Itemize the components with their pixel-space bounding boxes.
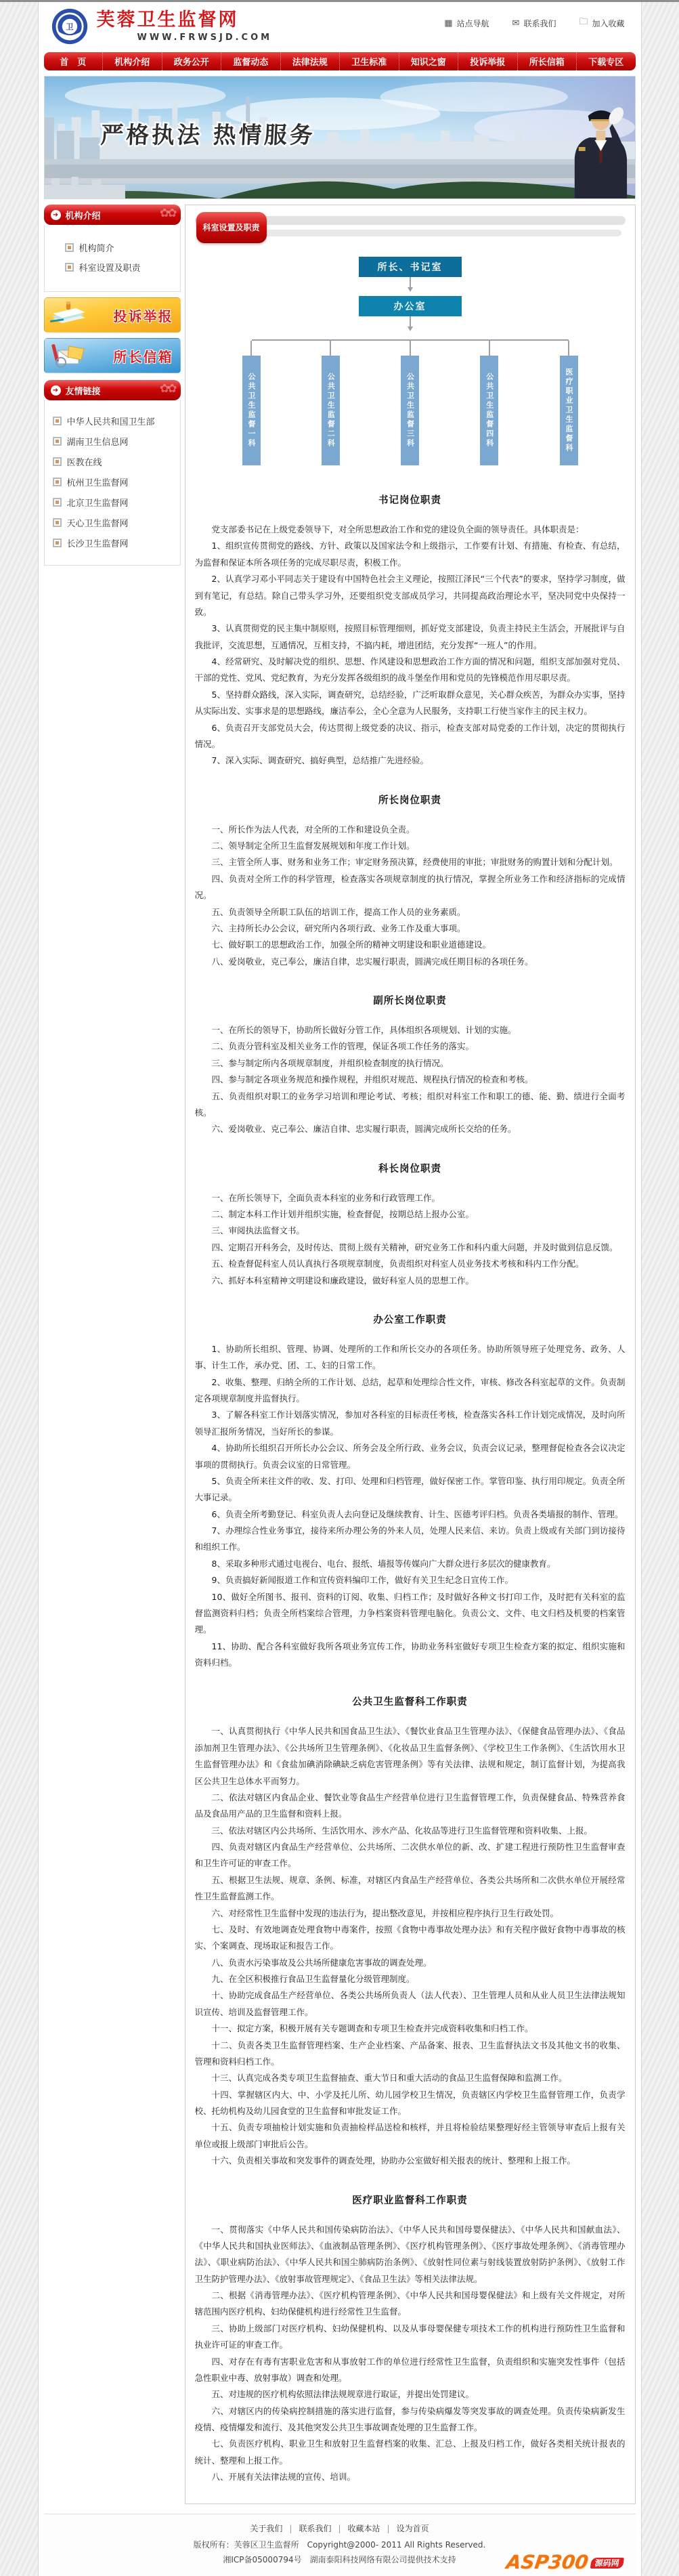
favorite-icon: 🗀 [579, 16, 588, 30]
section-paragraph: 6、负责全所考勤登记、科室负责人去向登记及继续教育、计生、医德考评归档。负责各类… [195, 1506, 626, 1523]
section-paragraph: 6、负责召开支部党员大会，传达贯彻上级党委的决议、指示，检查支部对局党委的工作计… [195, 720, 626, 753]
section-paragraph: 2、收集、整理、归纳全所的工作计划、总结，起草和处理综合性文件，审核、修改各科室… [195, 1374, 626, 1408]
org-connector [489, 341, 490, 356]
section-paragraph: 3、认真贯彻党的民主集中制原则，按照目标管理细则，抓好党支部建设，负责主持民主生… [195, 620, 626, 654]
main-nav: 首 页机构介绍政务公开监督动态法律法规卫生标准知识之窗投诉举报所长信箱下载专区 [44, 52, 636, 70]
nav-item[interactable]: 投诉举报 [458, 52, 517, 70]
site-map-link[interactable]: ▦ 站点导航 [444, 16, 489, 30]
nav-item[interactable]: 法律法规 [280, 52, 340, 70]
duty-section: 副所长岗位职责一、在所长的领导下，协助所长做好分管工作，具体组织各项规划、计划的… [195, 993, 626, 1138]
section-paragraph: 十三、认真完成各类专项卫生监督抽查、重大节日和重大活动的食品卫生监督保障和监测工… [195, 2070, 626, 2086]
org-connector [410, 316, 411, 330]
section-paragraph: 四、负责对辖区内食品生产经营单位、公共场所、二次供水单位的新、改、扩建工程进行预… [195, 1839, 626, 1872]
friend-link[interactable]: 北京卫生监督网 [53, 496, 175, 509]
org-dept-box: 医疗职业卫生监督科 [560, 356, 578, 465]
sidebar-menu-item[interactable]: 科室设置及职责 [65, 261, 175, 274]
asp300-sub-text: 源码网 [590, 2558, 623, 2569]
org-connector [410, 277, 411, 291]
nav-item[interactable]: 监督动态 [221, 52, 280, 70]
section-paragraph: 六、抓好本科室精神文明建设和廉政建设，做好科室人员的思想工作。 [195, 1273, 626, 1289]
section-paragraph: 11、协助、配合各科室做好我所各项业务宣传工作，协助业务科室做好专项卫生检查方案… [195, 1639, 626, 1672]
org-root-box: 所长、书记室 [359, 257, 462, 277]
flower-decoration-icon: ✿✿ [160, 382, 175, 396]
footer-link[interactable]: 设为首页 [380, 2524, 429, 2533]
friend-link-label: 湖南卫生信息网 [67, 435, 129, 448]
section-paragraph: 五、根据卫生法规、规章、条例、标准，对辖区内食品生产经营单位、各类公共场所和二次… [195, 1872, 626, 1905]
org-connector [330, 341, 331, 356]
friend-link-label: 杭州卫生监督网 [67, 476, 129, 488]
site-url: WWW.FRWSJD.COM [97, 33, 273, 43]
section-paragraph: 十六、负责相关事故和突发事件的调查处理，协助办公室做好相关报表的统计、整理和上报… [195, 2153, 626, 2169]
bullet-square-icon [53, 417, 62, 425]
section-paragraph: 五、检查督促科室人员认真执行各项规章制度，负责组织对科室人员业务技术考核和科内工… [195, 1256, 626, 1272]
sections: 书记岗位职责党支部委书记在上级党委领导下，对全所思想政治工作和党的建设负全面的领… [195, 492, 626, 2486]
section-paragraph: 七、做好职工的思想政治工作，加强全所的精神文明建设和职业道德建设。 [195, 937, 626, 953]
bullet-square-icon [53, 457, 62, 466]
section-paragraph: 三、参与制定所内各项规章制度，并组织检查制度的执行情况。 [195, 1055, 626, 1072]
site-logo-emblem: 卫 [51, 7, 89, 45]
section-paragraph: 一、在所长领导下，全面负责本科室的业务和行政管理工作。 [195, 1190, 626, 1206]
org-office-box: 办公室 [359, 296, 462, 316]
site-title: 芙蓉卫生监督网 [97, 10, 273, 30]
section-paragraph: 5、坚持群众路线，深入实际，调查研究，总结经验，广泛听取群众意见，关心群众疾苦，… [195, 687, 626, 720]
section-paragraph: 一、贯彻落实《中华人民共和国传染病防治法》、《中华人民共和国母婴保健法》、《中华… [195, 2222, 626, 2288]
quick-links: ▦ 站点导航 ✉ 联系我们 🗀 加入收藏 [444, 16, 624, 30]
sidebar-menu-item[interactable]: 机构简介 [65, 241, 175, 254]
quick-link-label: 加入收藏 [592, 18, 624, 29]
asp300-logo-text: ASP300 [504, 2551, 589, 2573]
brand-text: 芙蓉卫生监督网 WWW.FRWSJD.COM [97, 10, 273, 43]
footer: 关于我们联系我们收藏本站设为首页 版权所有：芙蓉区卫生监督所 Copyright… [44, 2514, 636, 2576]
duty-section: 所长岗位职责一、所长作为法人代表，对全所的工作和建设负全责。二、领导制定全所卫生… [195, 793, 626, 970]
org-connector [250, 341, 252, 356]
arrow-circle-icon: ➜ [51, 385, 61, 396]
header: 卫 芙蓉卫生监督网 WWW.FRWSJD.COM ▦ 站点导航 ✉ 联系我们 🗀… [44, 2, 636, 52]
dept-row: 公共卫生监督一科公共卫生监督二科公共卫生监督三科公共卫生监督四科医疗职业卫生监督… [212, 341, 609, 465]
org-chart: 所长、书记室 办公室 公共卫生监督一科公共卫生监督二科公共卫生监督三科公共卫生监… [195, 247, 626, 469]
section-paragraph: 七、及时、有效地调查处理食物中毒案件，按照《食物中毒事故处理办法》和有关程序做好… [195, 1922, 626, 1955]
main-content: 科室设置及职责 所长、书记室 办公室 公共卫生监督一科公共卫生监督二科公共卫生监… [185, 205, 636, 2504]
section-paragraph: 十四、掌握辖区内大、中、小学及托儿所、幼儿园学校卫生情况，负责辖区内学校卫生监督… [195, 2087, 626, 2120]
section-title: 书记岗位职责 [195, 492, 626, 507]
nav-item[interactable]: 政务公开 [162, 52, 221, 70]
org-branch: 公共卫生监督二科 [291, 341, 370, 465]
friend-links: 中华人民共和国卫生部湖南卫生信息网医教在线杭州卫生监督网北京卫生监督网天心卫生监… [44, 400, 181, 566]
duty-section: 书记岗位职责党支部委书记在上级党委领导下，对全所思想政治工作和党的建设负全面的领… [195, 492, 626, 769]
section-paragraph: 三、主管全所人事、财务和业务工作；审定财务预决算，经费使用的审批；审批财务的购置… [195, 854, 626, 870]
duty-section: 公共卫生监督科工作职责一、认真贯彻执行《中华人民共和国食品卫生法》、《餐饮业食品… [195, 1694, 626, 2169]
nav-item[interactable]: 所长信箱 [517, 52, 577, 70]
content-header: 科室设置及职责 [195, 212, 626, 247]
complaint-report-button[interactable]: 投诉举报 [44, 297, 181, 333]
section-paragraph: 十五、负责专项抽检计划实施和负责抽检样品送检和核样，并且将检验结果整理好经主管领… [195, 2119, 626, 2153]
section-title: 医疗职业监督科工作职责 [195, 2193, 626, 2207]
section-paragraph: 一、认真贯彻执行《中华人民共和国食品卫生法》、《餐饮业食品卫生管理办法》、《保健… [195, 1723, 626, 1790]
org-connector [568, 341, 569, 356]
contact-us-link[interactable]: ✉ 联系我们 [512, 16, 556, 30]
page-container: 卫 芙蓉卫生监督网 WWW.FRWSJD.COM ▦ 站点导航 ✉ 联系我们 🗀… [38, 2, 642, 2576]
section-paragraph: 党支部委书记在上级党委领导下，对全所思想政治工作和党的建设负全面的领导责任。具体… [195, 522, 626, 538]
nav-item[interactable]: 下载专区 [576, 52, 636, 70]
section-paragraph: 二、制定本科工作计划并组织实施，检查督促，按期总结上报办公室。 [195, 1206, 626, 1223]
section-paragraph: 十二、负责各类卫生监督管理档案、生产企业档案、产品备案、报表、卫生监督执法文书及… [195, 2037, 626, 2071]
section-paragraph: 一、在所长的领导下，协助所长做好分管工作，具体组织各项规划、计划的实施。 [195, 1022, 626, 1038]
section-paragraph: 1、协助所长组织、管理、协调、处理所的工作和所长交办的各项任务。协助所领导班子处… [195, 1341, 626, 1374]
footer-link[interactable]: 联系我们 [282, 2524, 331, 2533]
complaint-button-label: 投诉举报 [114, 305, 173, 325]
friend-link[interactable]: 中华人民共和国卫生部 [53, 415, 175, 427]
section-paragraph: 八、负责水污染事故及公共场所健康危害事故的调查处理。 [195, 1955, 626, 1971]
section-paragraph: 7、深入实际、调查研究、搞好典型，总结推广先进经验。 [195, 753, 626, 769]
bullet-square-icon [53, 518, 62, 527]
section-paragraph: 二、负责分管科室及相关业务工作的管理，保证各项工作任务的落实。 [195, 1038, 626, 1055]
section-paragraph: 五、负责组织对职工的业务学习培训和理论考试、考核；组织对科室工作和职工的德、能、… [195, 1089, 626, 1122]
section-paragraph: 六、主持所长办公会议，研究所内各项行政、业务工作及重大事项。 [195, 921, 626, 937]
section-paragraph: 10、做好全所图书、报刊、资料的订阅、收集、归档工作；及时做好各种文书打印工作，… [195, 1589, 626, 1639]
section-title: 办公室工作职责 [195, 1312, 626, 1326]
section-paragraph: 1、组织宣传贯彻党的路线、方针、政策以及国家法令和上级指示，工作要有计划、有措施… [195, 538, 626, 571]
org-dept-box: 公共卫生监督四科 [480, 356, 498, 465]
bullet-square-icon [53, 478, 62, 486]
section-paragraph: 8、采取多种形式通过电视台、电台、报纸、墙报等传媒向广大群众进行多层次的健康教育… [195, 1556, 626, 1572]
section-paragraph: 二、依法对辖区内食品企业、餐饮业等食品生产经营单位进行卫生监督管理工作，负责保健… [195, 1790, 626, 1823]
footer-link[interactable]: 收藏本站 [331, 2524, 380, 2533]
section-paragraph: 十、协助完成食品生产经营单位、各类公共场所负责人（法人代表）、卫生管理人员和从业… [195, 1987, 626, 2021]
section-paragraph: 九、在全区积极推行食品卫生监督量化分级管理制度。 [195, 1971, 626, 1987]
nav-item[interactable]: 首 页 [44, 52, 103, 70]
org-branch: 公共卫生监督四科 [450, 341, 529, 465]
section-paragraph: 5、负责全所来往文件的收、发、打印、处理和归档管理，做好保密工作。掌管印鉴、执行… [195, 1473, 626, 1506]
asp300-watermark: ASP300源码网 [505, 2553, 625, 2572]
section-paragraph: 八、开展有关法律法规的宣传、培训。 [195, 2469, 626, 2485]
section-paragraph: 三、依法对辖区内公共场所、生活饮用水、涉水产品、化妆品等进行卫生监督管理和资料收… [195, 1823, 626, 1839]
friend-link[interactable]: 天心卫生监督网 [53, 516, 175, 529]
section-title: 副所长岗位职责 [195, 993, 626, 1007]
quick-link-label: 联系我们 [523, 18, 556, 29]
friend-link-label: 长沙卫生监督网 [67, 536, 129, 549]
bullet-square-icon [65, 243, 74, 252]
sitemap-icon: ▦ [444, 18, 452, 28]
org-dept-box: 公共卫生监督一科 [242, 356, 261, 465]
friend-link-label: 天心卫生监督网 [67, 516, 129, 529]
section-paragraph: 二、根据《消毒管理办法》、《医疗机构管理条例》、《中华人民共和国母婴保健法》和上… [195, 2287, 626, 2321]
section-paragraph: 4、协助所长组织召开所长办公会议、所务会及全所行政、业务会议，负责会议记录，整理… [195, 1440, 626, 1473]
footer-link[interactable]: 关于我们 [250, 2524, 282, 2533]
org-branch: 公共卫生监督三科 [370, 341, 450, 465]
org-connector [410, 341, 411, 356]
section-paragraph: 六、对经常性卫生监督中发现的违法行为，提出整改意见，并按相应程序执行卫生行政处罚… [195, 1905, 626, 1922]
friend-link[interactable]: 长沙卫生监督网 [53, 536, 175, 549]
banner-slogan: 严格执法 热情服务 [100, 122, 315, 148]
section-paragraph: 三、审阅执法监督文书。 [195, 1223, 626, 1239]
sidebar-section-title: 友情链接 [66, 384, 101, 397]
tab-dept-setup[interactable]: 科室设置及职责 [196, 212, 267, 243]
section-paragraph: 四、参与制定各项业务规范和操作规程，并组织对规范、规程执行情况的检查和考核。 [195, 1072, 626, 1088]
bullet-square-icon [53, 498, 62, 507]
quick-link-label: 站点导航 [457, 18, 489, 29]
friend-link[interactable]: 杭州卫生监督网 [53, 476, 175, 488]
section-paragraph: 四、负责对全所工作的科学管理，检查落实各项规章制度的执行情况，掌握全所业务工作和… [195, 871, 626, 904]
sidebar-menu-item-label: 机构简介 [79, 241, 114, 254]
flower-decoration-icon: ✿✿ [160, 207, 175, 220]
org-dept-box: 公共卫生监督二科 [322, 356, 340, 465]
friend-link-label: 中华人民共和国卫生部 [67, 415, 155, 427]
intro-menu: 机构简介科室设置及职责 [44, 225, 181, 292]
org-branch: 公共卫生监督一科 [212, 341, 291, 465]
svg-text:卫: 卫 [66, 23, 74, 32]
footer-links: 关于我们联系我们收藏本站设为首页 [44, 2522, 636, 2534]
mailbox-illustration-icon [49, 342, 91, 369]
section-paragraph: 一、所长作为法人代表，对全所的工作和建设负全责。 [195, 822, 626, 838]
friend-link[interactable]: 湖南卫生信息网 [53, 435, 175, 448]
section-paragraph: 六、对辖区内的传染病控制措施的落实进行监督，参与传染病爆发等突发事故的调查处理。… [195, 2403, 626, 2436]
friend-link-label: 医教在线 [67, 455, 102, 468]
duty-section: 办公室工作职责1、协助所长组织、管理、协调、处理所的工作和所长交办的各项任务。协… [195, 1312, 626, 1672]
section-title: 公共卫生监督科工作职责 [195, 1694, 626, 1708]
sidebar-section-intro-header: ➜ 机构介绍 ✿✿ [44, 205, 181, 225]
section-paragraph: 八、爱岗敬业，克己奉公，廉洁自律，忠实履行职责，圆满完成任期目标的各项任务。 [195, 954, 626, 970]
sidebar-menu-item-label: 科室设置及职责 [79, 261, 141, 274]
duty-section: 医疗职业监督科工作职责一、贯彻落实《中华人民共和国传染病防治法》、《中华人民共和… [195, 2193, 626, 2486]
section-paragraph: 四、定期召开科务会，及时传达、贯彻上级有关精神，研究业务工作和科内重大问题，并及… [195, 1240, 626, 1256]
section-paragraph: 2、认真学习邓小平同志关于建设有中国特色社会主义理论，按照江泽民“三个代表”的要… [195, 571, 626, 620]
section-paragraph: 十一、拟定方案，积极开展有关专题调查和专项卫生检查并完成资料收集和归档工作。 [195, 2021, 626, 2037]
sidebar: ➜ 机构介绍 ✿✿ 机构简介科室设置及职责 投诉举报 [44, 205, 181, 566]
nav-item[interactable]: 知识之窗 [399, 52, 458, 70]
friend-link-label: 北京卫生监督网 [67, 496, 129, 509]
section-paragraph: 六、爱岗敬业、克己奉公、廉洁自律、忠实履行职责，圆满完成所长交给的任务。 [195, 1121, 626, 1137]
section-paragraph: 三、协助上级部门对医疗机构、妇幼保健机构、以及从事母婴保健专项技术工作的机构进行… [195, 2321, 626, 2354]
bullet-square-icon [65, 263, 74, 272]
arrow-circle-icon: ➜ [51, 210, 61, 220]
section-paragraph: 二、领导制定全所卫生监督发展规划和年度工作计划。 [195, 838, 626, 854]
section-paragraph: 五、负责领导全所职工队伍的培训工作，提高工作人员的业务素质。 [195, 904, 626, 921]
section-title: 所长岗位职责 [195, 793, 626, 807]
bullet-square-icon [53, 539, 62, 547]
section-paragraph: 四、对存在有毒有害职业危害和从事放射工作的单位进行经常性卫生监督，负责组织和实施… [195, 2354, 626, 2387]
section-paragraph: 3、了解各科室工作计划落实情况，参加对各科室的目标责任考核，检查落实各科工作计划… [195, 1407, 626, 1440]
section-paragraph: 七、负责医疗机构、职业卫生和放射卫生监督档案的收集、汇总、上报及归档工作，做好各… [195, 2436, 626, 2469]
section-title: 科长岗位职责 [195, 1161, 626, 1175]
director-mailbox-button[interactable]: 所长信箱 [44, 338, 181, 373]
brand: 卫 芙蓉卫生监督网 WWW.FRWSJD.COM [51, 7, 273, 45]
sidebar-section-links-header: ➜ 友情链接 ✿✿ [44, 380, 181, 400]
org-dept-box: 公共卫生监督三科 [401, 356, 419, 465]
banner-image: 严格执法 热情服务 [44, 76, 636, 199]
complaint-illustration-icon [49, 301, 91, 329]
nav-item[interactable]: 卫生标准 [339, 52, 399, 70]
section-paragraph: 7、办理综合性业务事宜，接待来所办理公务的外来人员，处理人民来信、来访。负责上级… [195, 1523, 626, 1556]
mail-icon: ✉ [512, 18, 520, 28]
section-paragraph: 五、对违规的医疗机构依照法律法规规章进行取证，并提出处罚建议。 [195, 2386, 626, 2403]
org-branch: 医疗职业卫生监督科 [529, 341, 609, 465]
section-paragraph: 9、负责搞好新闻报道工作和宣传资料编印工作，做好有关卫生纪念日宣传工作。 [195, 1572, 626, 1588]
header-gray-bar [213, 230, 621, 236]
nav-item[interactable]: 机构介绍 [102, 52, 162, 70]
duty-section: 科长岗位职责一、在所长领导下，全面负责本科室的业务和行政管理工作。二、制定本科工… [195, 1161, 626, 1289]
copyright-text: 版权所有：芙蓉区卫生监督所 Copyright@2000- 2011 All R… [44, 2539, 636, 2550]
bullet-square-icon [53, 437, 62, 446]
friend-link[interactable]: 医教在线 [53, 455, 175, 468]
add-favorite-link[interactable]: 🗀 加入收藏 [579, 16, 624, 30]
sidebar-section-title: 机构介绍 [66, 209, 101, 221]
mailbox-button-label: 所长信箱 [114, 346, 173, 366]
section-paragraph: 4、经常研究、及时解决党的组织、思想、作风建设和思想政治工作方面的情况和问题，组… [195, 654, 626, 687]
